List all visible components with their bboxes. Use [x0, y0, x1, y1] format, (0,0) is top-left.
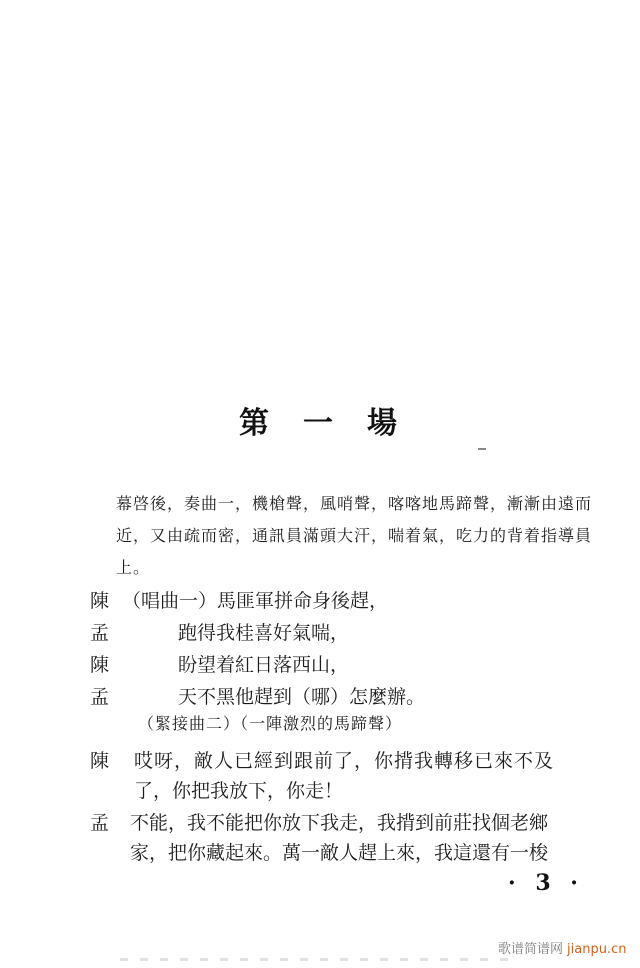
scan-edge-noise: [120, 958, 520, 961]
speaker-chen: 陳: [90, 746, 109, 773]
speech-line: 盼望着紅日落西山，: [178, 650, 349, 677]
speech-line: 家，把你藏起來。萬一敵人趕上來，我這還有一梭: [130, 838, 548, 865]
scanned-page: 第一場 幕啓後，奏曲一，機槍聲，風哨聲，喀喀地馬蹄聲，漸漸由遠而 近，又由疏而密…: [0, 0, 640, 968]
speech-line: 不能，我不能把你放下我走，我揹到前莊找個老鄉: [130, 808, 548, 835]
speech-line: （唱曲一）馬匪軍拼命身後趕，: [122, 586, 388, 613]
watermark-text: 歌谱简谱网: [498, 942, 563, 957]
watermark-url: jianpu.cn: [567, 942, 626, 957]
page-number: · 3 ·: [508, 870, 584, 896]
stage-direction-line-1: 幕啓後，奏曲一，機槍聲，風哨聲，喀喀地馬蹄聲，漸漸由遠而: [116, 492, 592, 516]
speech-line: 了，你把我放下，你走！: [134, 776, 343, 803]
speech-line: 天不黑他趕到（哪）怎麼辦。: [178, 682, 425, 709]
scan-mark: [478, 448, 486, 450]
speaker-chen: 陳: [90, 586, 109, 613]
stage-direction-line-3: 上。: [116, 556, 150, 580]
scene-title: 第一場: [0, 398, 640, 442]
stage-direction-line-2: 近，又由疏而密，通訊員滿頭大汗，喘着氣，吃力的背着指導員: [116, 524, 592, 548]
stage-direction-interlude: （緊接曲二）（一陣激烈的馬蹄聲）: [138, 712, 402, 736]
speaker-meng: 孟: [90, 682, 109, 709]
speaker-meng: 孟: [90, 808, 109, 835]
watermark: 歌谱简谱网jianpu.cn: [498, 938, 626, 957]
speech-line: 跑得我桂喜好氣喘，: [178, 618, 349, 645]
speaker-chen: 陳: [90, 650, 109, 677]
speaker-meng: 孟: [90, 618, 109, 645]
speech-line: 哎呀，敵人已經到跟前了，你揹我轉移已來不及: [134, 746, 554, 773]
